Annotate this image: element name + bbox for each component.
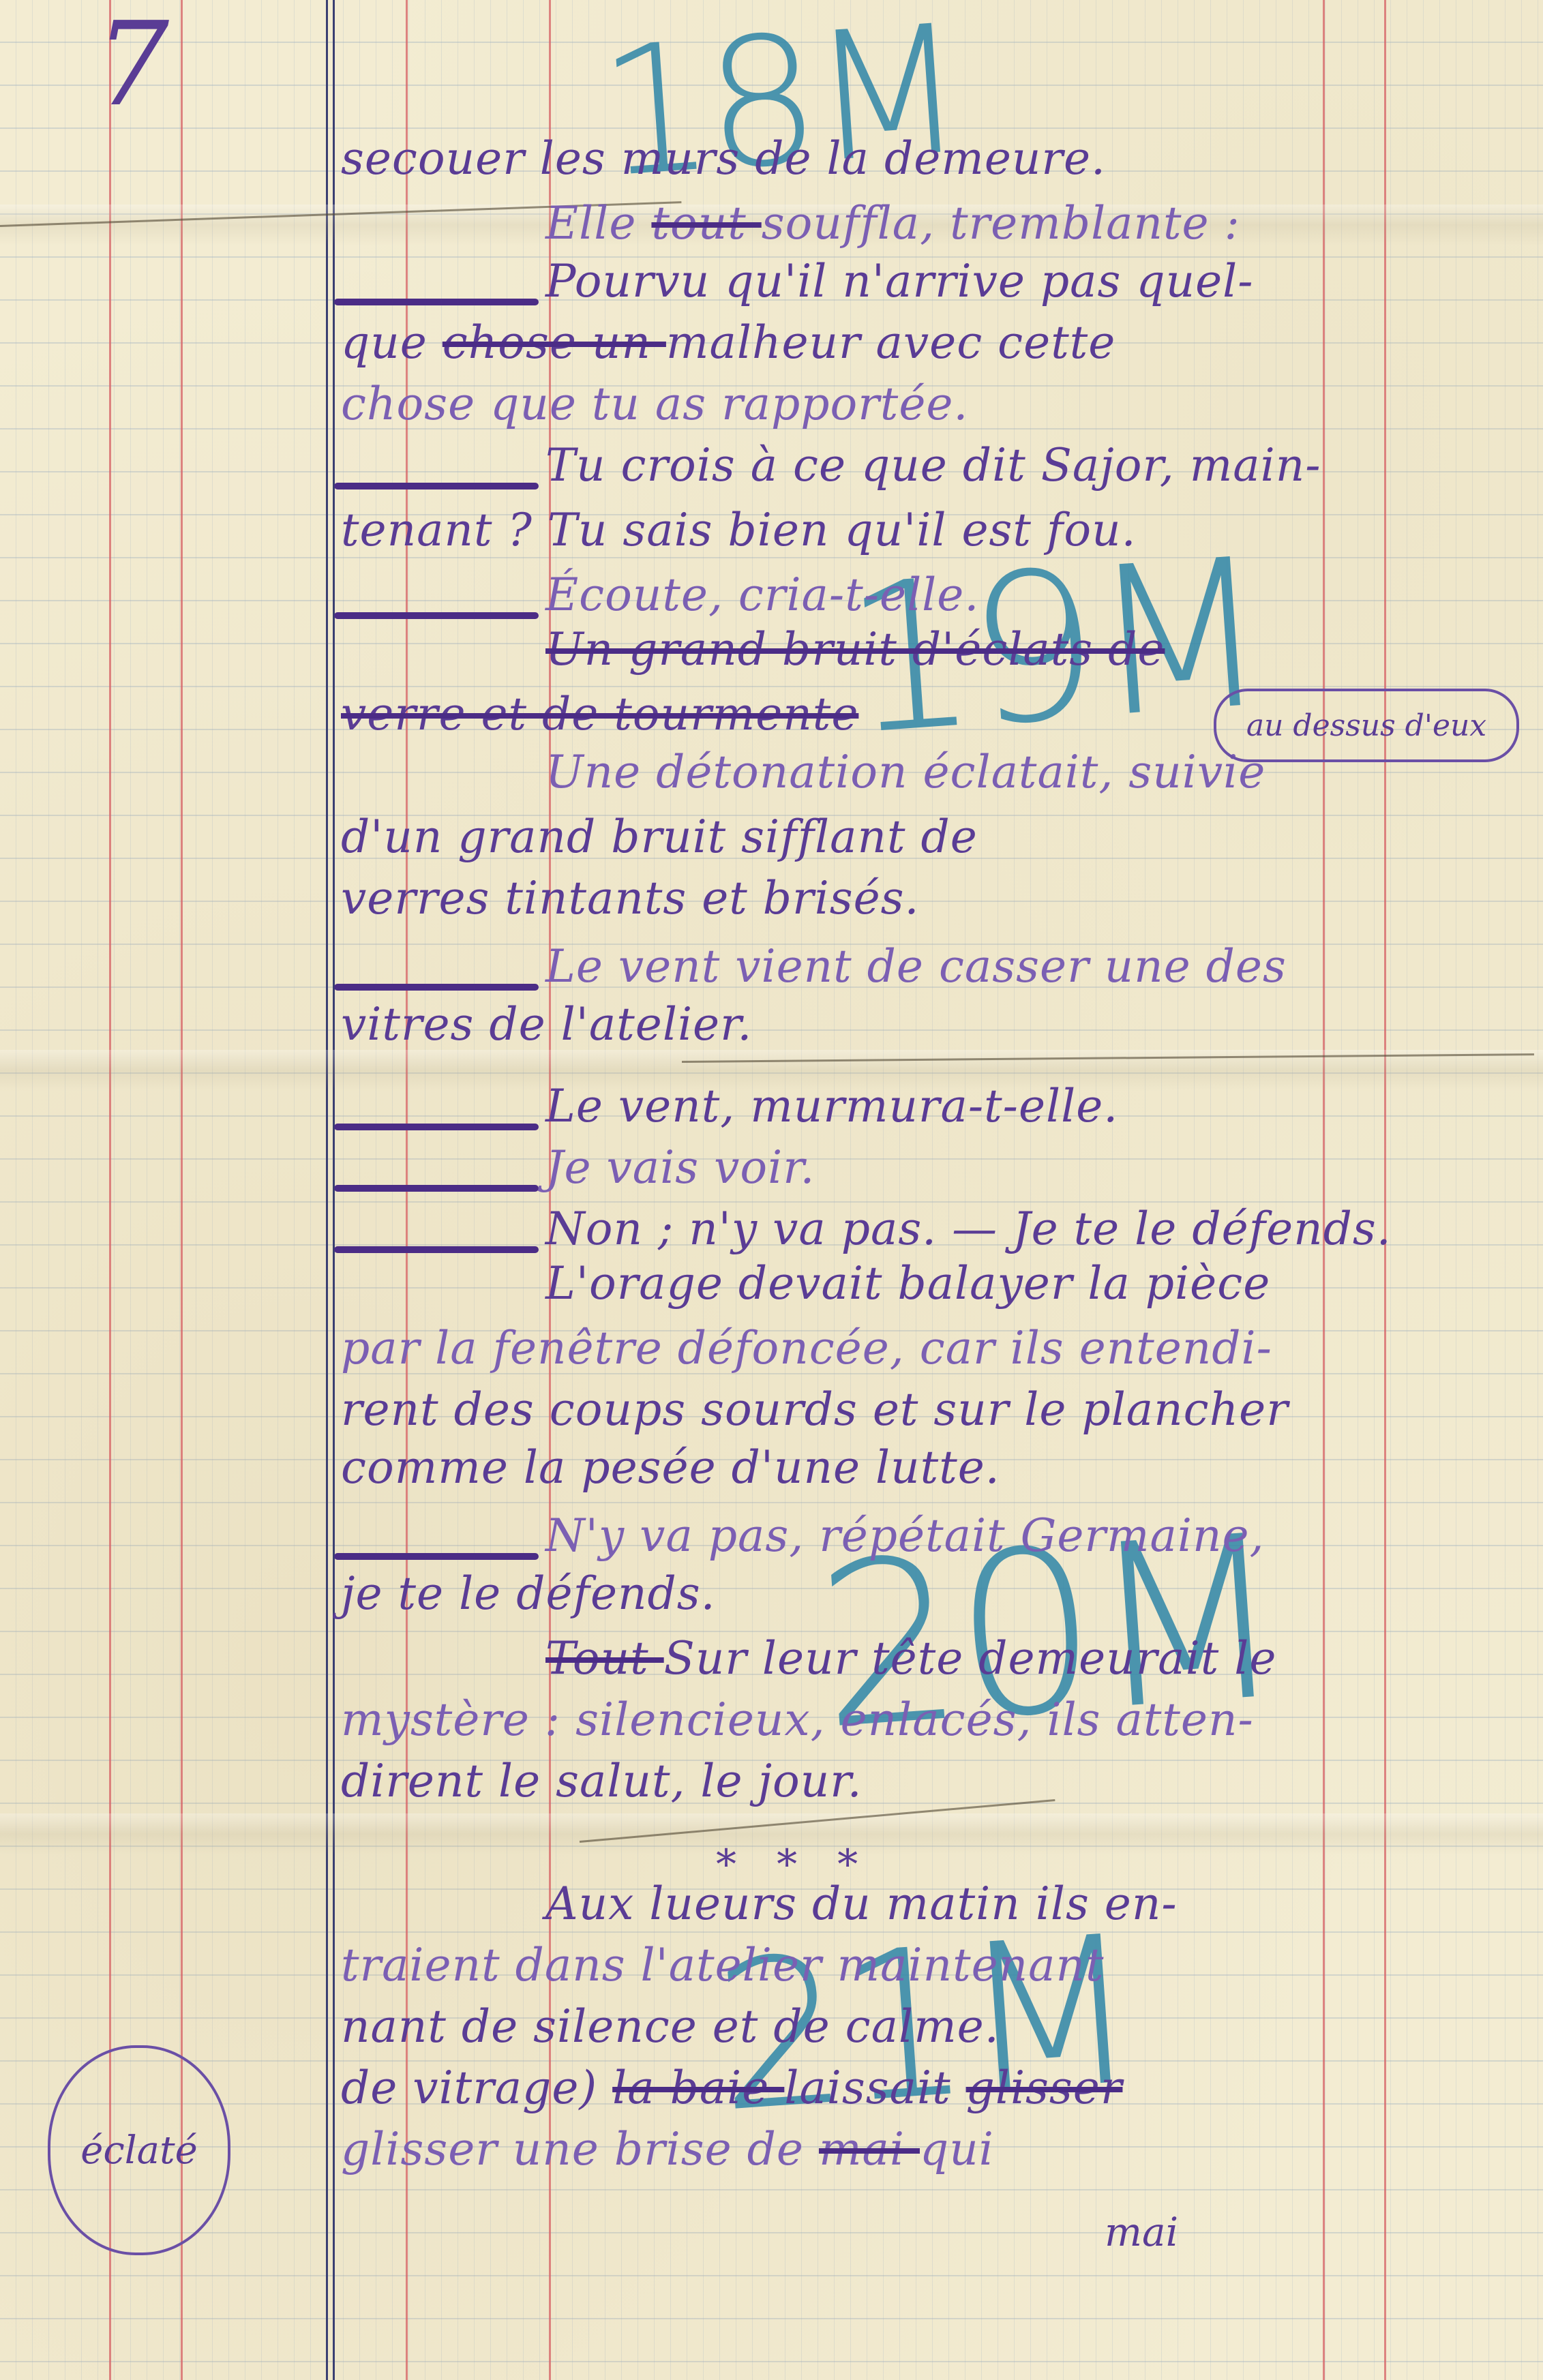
manuscript-line: Aux lueurs du matin ils en- [341,1882,1516,1927]
line-text: traient dans l'atelier maintenant [341,1939,1105,1991]
manuscript-line: Tout Sur leur tête demeurait le [341,1636,1516,1681]
margin-rule [181,0,183,2380]
struck-text: mai [819,2123,920,2175]
line-text: je te le défends. [341,1567,716,1620]
manuscript-line: Écoute, cria-t-elle. [341,573,1516,618]
manuscript-line: Le vent vient de casser une des [341,944,1516,989]
manuscript-line: Un grand bruit d'éclats de [341,627,1516,672]
struck-text: chose un [443,316,666,369]
manuscript-line: traient dans l'atelier maintenant [341,1943,1516,1988]
line-text: Tu crois à ce que dit Sajor, main- [545,439,1321,492]
manuscript-line: nant de silence et de calme. [341,2004,1516,2049]
manuscript-line: N'y va pas, répétait Germaine, [341,1513,1516,1558]
manuscript-line: d'un grand bruit sifflant de [341,815,1516,860]
line-text: verres tintants et brisés. [341,872,920,924]
manuscript-line: comme la pesée d'une lutte. [341,1445,1516,1490]
line-text: L'orage devait balayer la pièce [545,1257,1270,1310]
line-text: Pourvu qu'il n'arrive pas quel- [545,255,1254,307]
struck-text: la baie [612,2062,784,2114]
line-text: secouer les murs de la demeure. [341,132,1106,185]
inline-annotation-circle: au dessus d'eux [1214,689,1519,762]
manuscript-line: vitres de l'atelier. [341,1002,1516,1047]
struck-text: verre et de tourmente [341,688,858,740]
line-text: Une détonation éclatait, suivie [545,746,1265,798]
line-text: de vitrage) [341,2062,612,2114]
section-break: * * * [716,1841,871,1888]
manuscript-line: Le vent, murmura-t-elle. [341,1084,1516,1129]
line-text: Le vent, murmura-t-elle. [545,1080,1118,1132]
insertion-below: mai [1105,2209,1178,2255]
line-text: rent des coups sourds et sur le plancher [341,1383,1289,1436]
line-text: souffla, tremblante : [762,197,1240,250]
manuscript-line: L'orage devait balayer la pièce [341,1261,1516,1306]
manuscript-line: dirent le salut, le jour. [341,1759,1516,1804]
line-text: d'un grand bruit sifflant de [341,811,978,863]
manuscript-line: verres tintants et brisés. [341,876,1516,921]
line-text: Le vent vient de casser une des [545,940,1287,993]
line-text: Écoute, cria-t-elle. [545,569,979,621]
manuscript-line: Elle tout souffla, tremblante : [341,201,1516,246]
struck-text: Un grand bruit d'éclats de [545,623,1165,676]
struck-text: Tout [545,1632,664,1685]
manuscript-line: Je vais voir. [341,1145,1516,1190]
line-text: glisser une brise de [341,2123,819,2175]
manuscript-line: chose que tu as rapportée. [341,382,1516,427]
line-text: nant de silence et de calme. [341,2000,1000,2053]
manuscript-line: glisser une brise de mai qui [341,2127,1516,2172]
manuscript-line: Tu crois à ce que dit Sajor, main- [341,443,1516,488]
line-text: laissait [784,2062,965,2114]
struck-text: glisser [966,2062,1123,2114]
manuscript-line: Non ; n'y va pas. — Je te le défends. [341,1207,1516,1252]
line-text: par la fenêtre défoncée, car ils entendi… [341,1322,1272,1374]
line-text: que [341,316,443,369]
line-text: dirent le salut, le jour. [341,1755,863,1807]
page-number-mark: 7 [95,7,169,123]
line-text: mystère : silencieux, enlacés, ils atten… [341,1693,1254,1746]
line-text: malheur avec cette [666,316,1115,369]
margin-annotation-circle: éclaté [48,2045,230,2255]
manuscript-line: tenant ? Tu sais bien qu'il est fou. [341,508,1516,553]
manuscript-line: rent des coups sourds et sur le plancher [341,1387,1516,1432]
line-text: N'y va pas, répétait Germaine, [545,1509,1265,1562]
line-text: comme la pesée d'une lutte. [341,1441,1000,1494]
line-text: vitres de l'atelier. [341,998,752,1051]
manuscript-line: je te le défends. [341,1571,1516,1616]
line-text: Elle [545,197,651,250]
line-text: Sur leur tête demeurait le [664,1632,1277,1685]
line-text: Je vais voir. [545,1141,815,1194]
manuscript-line: par la fenêtre défoncée, car ils entendi… [341,1326,1516,1371]
manuscript-line: mystère : silencieux, enlacés, ils atten… [341,1698,1516,1743]
manuscript-line: Pourvu qu'il n'arrive pas quel- [341,259,1516,304]
manuscript-line: de vitrage) la baie laissait glisser [341,2066,1516,2111]
manuscript-line: secouer les murs de la demeure. [341,136,1516,181]
margin-rule-double [326,0,328,2380]
line-text: qui [920,2123,994,2175]
line-text: tenant ? Tu sais bien qu'il est fou. [341,504,1137,556]
manuscript-line: que chose un malheur avec cette [341,320,1516,365]
line-text: Non ; n'y va pas. — Je te le défends. [545,1203,1392,1255]
struck-text: tout [651,197,761,250]
line-text: chose que tu as rapportée. [341,378,968,430]
margin-rule [109,0,111,2380]
